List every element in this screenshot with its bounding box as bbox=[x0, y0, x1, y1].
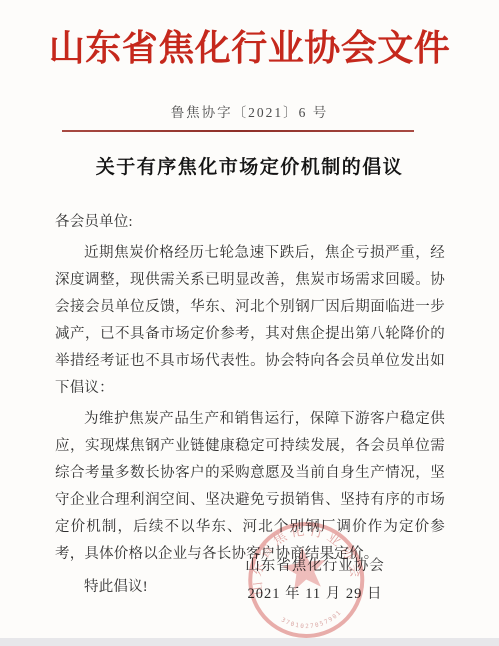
document-title: 关于有序焦化市场定价机制的倡议 bbox=[0, 152, 499, 179]
document-number: 鲁焦协字〔2021〕6 号 bbox=[0, 101, 499, 121]
document-body: 各会员单位: 近期焦炭价格经历七轮急速下跌后，焦企亏损严重，经深度调整，现供需关… bbox=[55, 209, 445, 601]
red-divider-rule bbox=[62, 130, 414, 132]
signature-date: 2021 年 11 月 29 日 bbox=[240, 580, 390, 608]
signature-org: 山东省焦化行业协会 bbox=[240, 552, 390, 580]
svg-text:3701027057901: 3701027057901 bbox=[279, 608, 345, 634]
body-paragraph: 为维护焦炭产品生产和销售运行，保障下游客户稳定供应，实现煤焦钢产业链健康稳定可持… bbox=[55, 406, 445, 568]
red-header-org-title: 山东省焦化行业协会文件 bbox=[0, 20, 499, 71]
document-page: 山东省焦化行业协会文件 鲁焦协字〔2021〕6 号 关于有序焦化市场定价机制的倡… bbox=[0, 0, 499, 646]
body-paragraph: 近期焦炭价格经历七轮急速下跌后，焦企亏损严重，经深度调整，现供需关系已明显改善，… bbox=[55, 240, 445, 402]
salutation: 各会员单位: bbox=[55, 209, 445, 236]
signature-block: 山东省焦化行业协会 2021 年 11 月 29 日 bbox=[240, 552, 390, 608]
scan-edge-strip bbox=[0, 638, 499, 646]
seal-serial-number: 3701027057901 bbox=[279, 608, 345, 634]
